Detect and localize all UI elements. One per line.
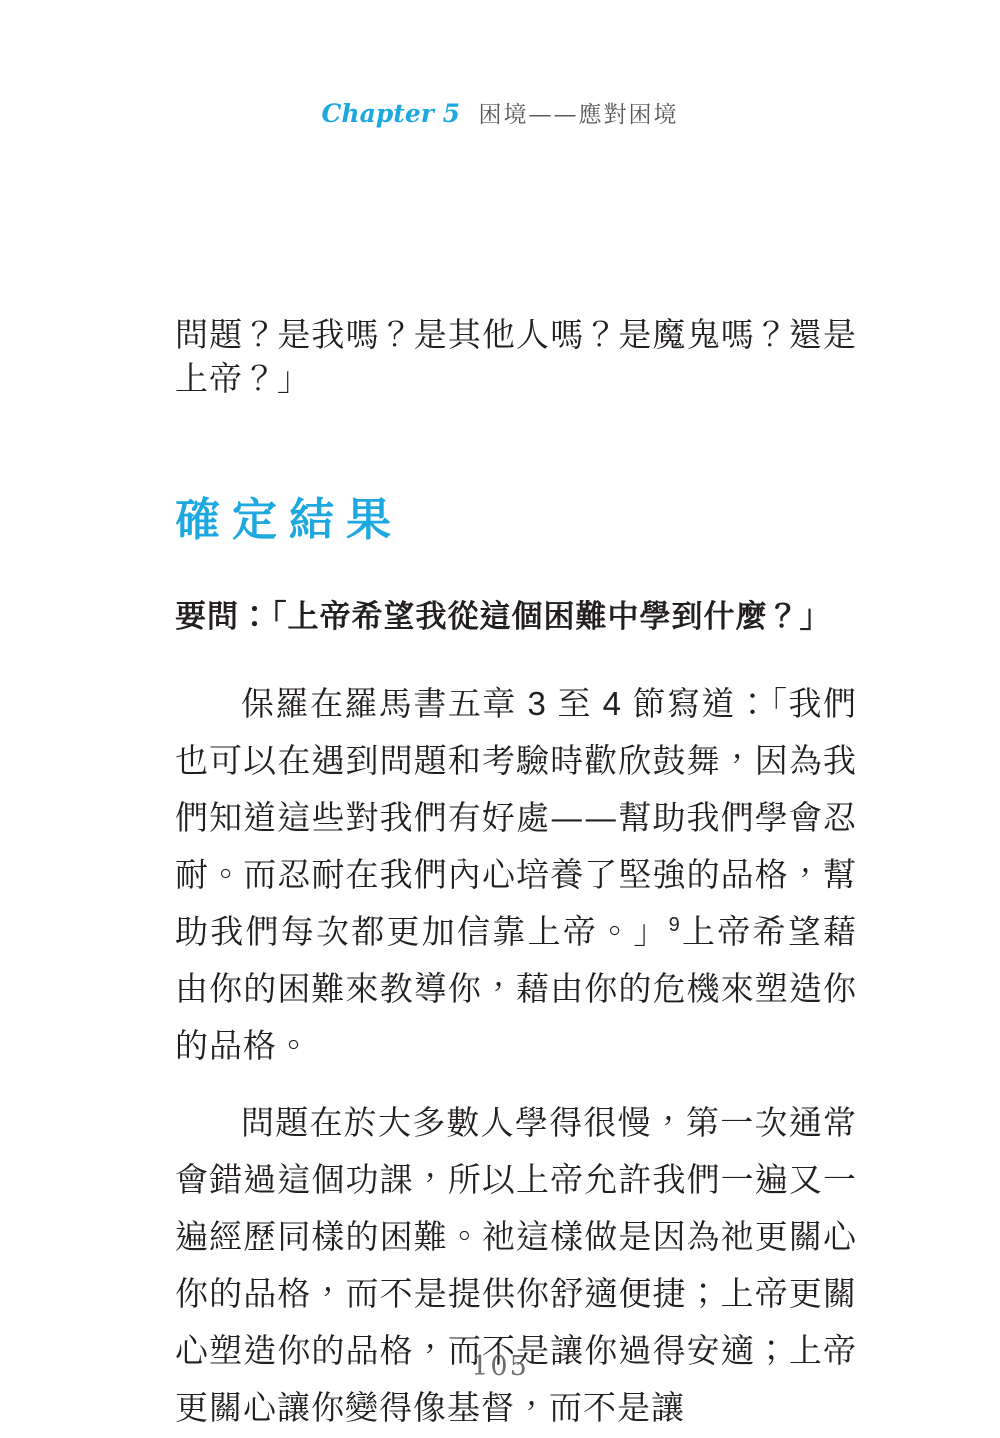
paragraph-1: 保羅在羅馬書五章 3 至 4 節寫道：「我們也可以在遇到問題和考驗時歡欣鼓舞，因…: [175, 637, 857, 1074]
footnote-reference-9: 9: [669, 914, 681, 936]
book-page: Chapter 5 困境——應對困境 問題？是我嗎？是其他人嗎？是魔鬼嗎？還是上…: [0, 0, 1000, 1438]
paragraph-1-scripture-quote: 我們也可以在遇到問題和考驗時歡欣鼓舞，因為我們知道這些對我們有好處——幫助我們學…: [175, 684, 857, 951]
page-content: 問題？是我嗎？是其他人嗎？是魔鬼嗎？還是上帝？」 確定結果 要問：「上帝希望我從…: [175, 0, 857, 1436]
section-heading: 確定結果: [175, 401, 857, 545]
section-subheading: 要問：「上帝希望我從這個困難中學到什麼？」: [175, 545, 857, 637]
carryover-text-line: 問題？是我嗎？是其他人嗎？是魔鬼嗎？還是上帝？」: [175, 0, 857, 401]
page-number: 105: [471, 1351, 529, 1382]
page-footer: 105: [0, 1351, 1000, 1382]
paragraph-1-lead-text: 保羅在羅馬書五章 3 至 4 節寫道：「: [241, 685, 789, 722]
